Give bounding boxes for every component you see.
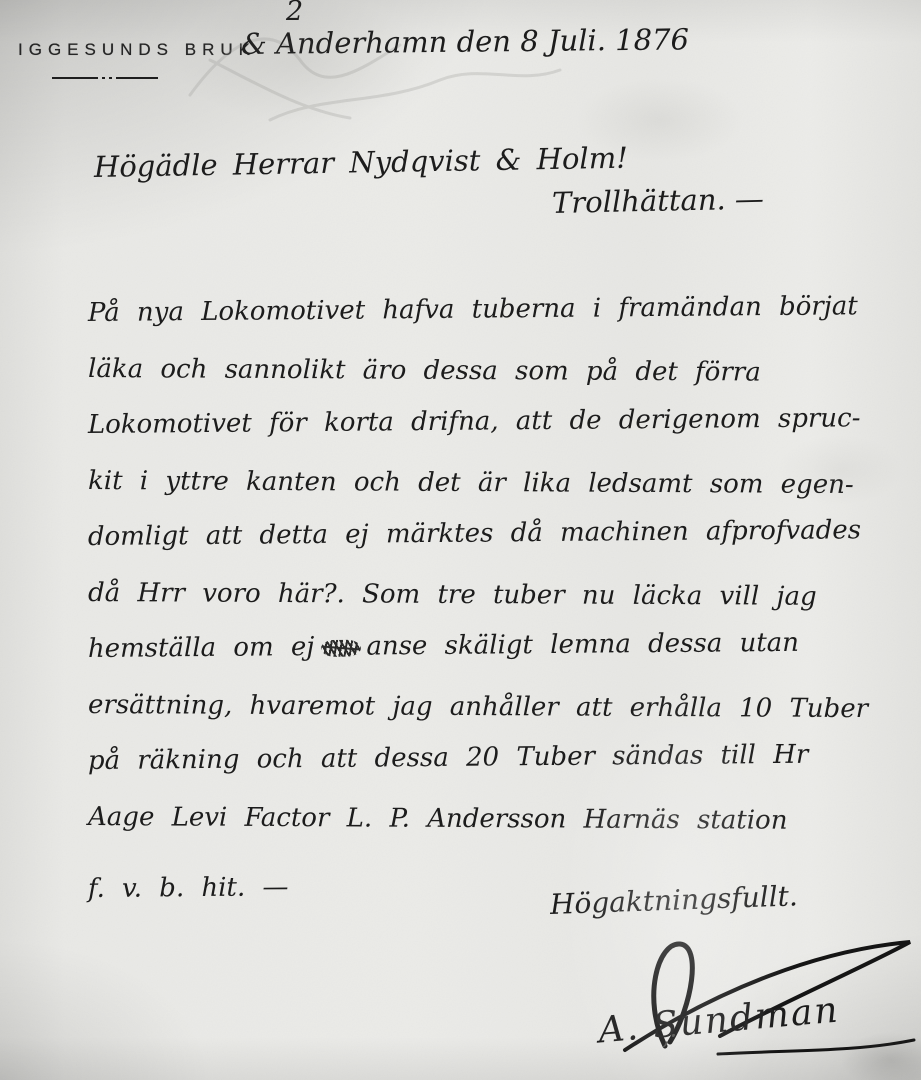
salutation: Högädle Herrar Nydqvist & Holm! xyxy=(94,141,628,184)
body-text: anse skäligt lemna dessa utan xyxy=(366,628,799,662)
body-text: hemställa om ej xyxy=(88,632,315,664)
body-line: domligt att detta ej märktes då machinen… xyxy=(88,515,916,578)
signature-block: A. Sundman xyxy=(570,928,921,1078)
letterhead-underline xyxy=(52,77,158,79)
dateline: & Anderhamn den 8 Juli. 1876 xyxy=(241,22,689,61)
body-line-with-correction: hemställa om ejanse skäligt lemna dessa … xyxy=(88,627,916,690)
body-line: Aage Levi Factor L. P. Andersson Harnäs … xyxy=(88,802,916,862)
body-line: På nya Lokomotivet hafva tuberna i framä… xyxy=(88,291,916,354)
crossed-out-word xyxy=(320,640,360,657)
letterhead-company: IGGESUNDS BRUK xyxy=(18,40,256,60)
ghost-strokes xyxy=(150,0,620,140)
letter-page: IGGESUNDS BRUK 2 & Anderhamn den 8 Juli.… xyxy=(0,0,921,1080)
body-line: på räkning och att dessa 20 Tuber sändas… xyxy=(88,739,916,802)
letter-body: På nya Lokomotivet hafva tuberna i framä… xyxy=(88,298,916,930)
addressee-place: Trollhättan. — xyxy=(552,182,765,220)
pencil-mark: ‚· xyxy=(662,1022,677,1050)
body-line: Lokomotivet för korta drifna, att de der… xyxy=(88,403,916,466)
page-number: 2 xyxy=(286,0,303,27)
